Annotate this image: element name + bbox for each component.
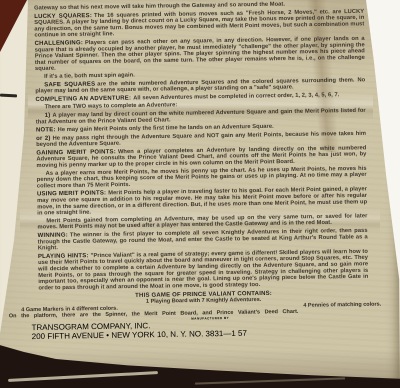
rules-paragraph: CHALLENGING:Players can pass each other … — [35, 35, 365, 72]
sections-container: Gateway so that his next move will take … — [34, 0, 368, 291]
bullet-separator-icon: • — [106, 331, 109, 340]
rules-paragraph: LUCKY SQUARES:The 16 squares printed wit… — [34, 8, 364, 39]
section-text: If it's a tie, both must spin again. — [44, 72, 135, 79]
contents-markers-right: 4 Pennies of matching colors. — [303, 301, 381, 308]
section-text: Players can pass each other on any squar… — [35, 35, 365, 71]
section-heading: COMPLETING AN ADVENTURE: — [35, 94, 131, 103]
address-street: 200 FIFTH AVENUE — [32, 331, 104, 341]
section-heading: NOTE: — [36, 126, 56, 133]
section-heading: or 2) — [36, 134, 51, 141]
paper-edge-highlight — [8, 371, 158, 382]
part-number: NO. 3831—1 57 — [189, 329, 247, 338]
section-heading: WINNING: — [38, 231, 68, 238]
address-city: NEW YORK 10, N. Y. — [111, 330, 187, 340]
game-contents-block: THIS GAME OF PRINCE VALIANT CONTAINS: 1 … — [39, 288, 369, 318]
rules-paragraph: USING MERIT POINTS:Merit Points help a p… — [37, 186, 367, 217]
photo-of-instruction-sheet: Gateway so that his next move will take … — [0, 0, 400, 388]
printed-rules-text: Gateway so that his next move will take … — [34, 0, 369, 341]
section-heading: 1) — [45, 111, 51, 118]
rules-paragraph: PLAYING HINTS:"Prince Valiant" is a real… — [38, 248, 369, 291]
paper-edge-highlight — [195, 377, 345, 384]
section-text: There are TWO ways to complete an Advent… — [45, 102, 178, 110]
